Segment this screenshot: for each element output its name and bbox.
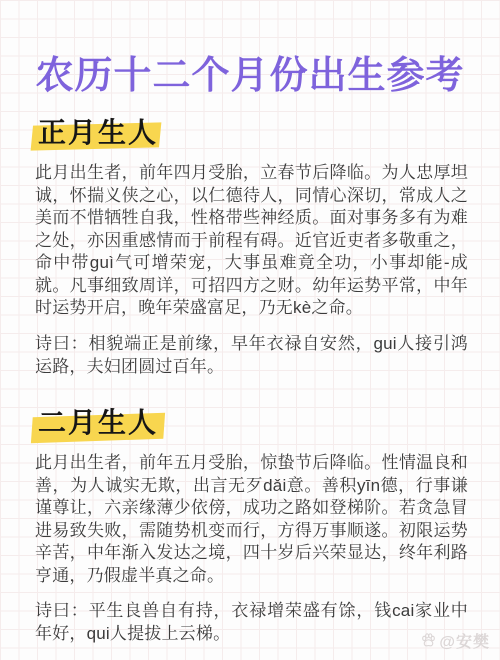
poem-paragraph-month-2: 诗曰：平生良兽自有持，衣禄增荣盛有馀，钱cai家业中年好，qui人提拔上云梯。 (35, 600, 468, 645)
section-heading-label: 正月生人 (38, 117, 158, 148)
watermark-text: @安樊 (439, 629, 490, 652)
body-paragraph-month-1: 此月出生者，前年四月受胎，立春节后降临。为人忠厚坦诚，怀揣义侠之心，以仁德待人，… (35, 162, 468, 320)
page-title: 农历十二个月份出生参考 (0, 44, 500, 99)
poem-paragraph-month-1: 诗曰：相貌端正是前缘，早年衣禄自安然，gui人接引鸿运路，夫妇团圆过百年。 (35, 333, 468, 378)
poster: 农历十二个月份出生参考 正月生人 此月出生者，前年四月受胎，立春节后降临。为人忠… (0, 0, 500, 660)
paw-icon (420, 632, 437, 649)
section-heading-month-2: 二月生人 (38, 401, 158, 441)
section-heading-label: 二月生人 (38, 407, 158, 438)
watermark: @安樊 (420, 629, 490, 652)
section-heading-month-1: 正月生人 (38, 111, 158, 151)
body-paragraph-month-2: 此月出生者，前年五月受胎，惊蛰节后降临。性情温良和善，为人诚实无欺，出言无歹dǎ… (35, 452, 468, 587)
